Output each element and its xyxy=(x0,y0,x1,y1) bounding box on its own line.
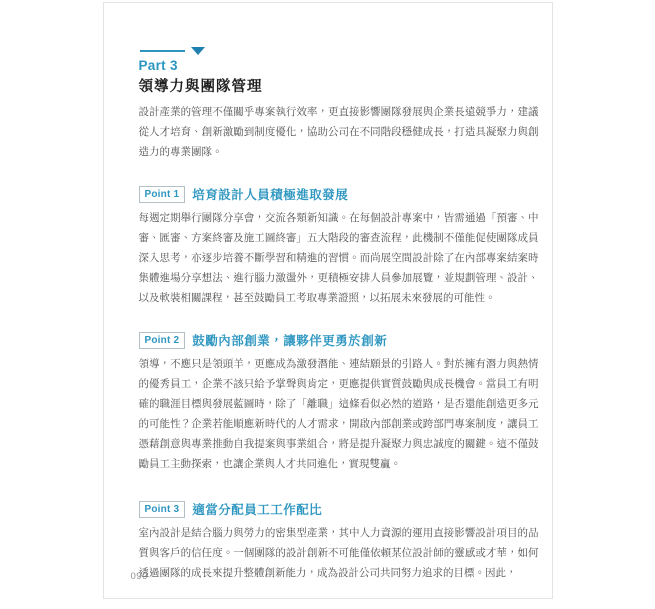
part-header: Part 3 領導力與團隊管理 設計產業的管理不僅關乎專案執行效率，更直接影響團… xyxy=(139,47,539,162)
point-section-1: Point 1 培育設計人員積極進取發展 每週定期舉行團隊分享會，交流各類新知識… xyxy=(139,186,539,308)
point-section-2: Point 2 鼓勵內部創業，讓夥伴更勇於創新 領導，不應只是領頭羊，更應成為激… xyxy=(139,332,539,474)
point-section-3: Point 3 適當分配員工工作配比 室內設計是結合腦力與勞力的密集型產業，其中… xyxy=(139,501,539,583)
point-3-paragraph: 室內設計是結合腦力與勞力的密集型產業，其中人力資源的運用直接影響設計項目的品質與… xyxy=(139,523,539,583)
book-page: Part 3 領導力與團隊管理 設計產業的管理不僅關乎專案執行效率，更直接影響團… xyxy=(103,2,553,599)
point-2-header: Point 2 鼓勵內部創業，讓夥伴更勇於創新 xyxy=(139,332,539,349)
point-1-title: 培育設計人員積極進取發展 xyxy=(192,187,348,203)
point-2-badge: Point 2 xyxy=(139,332,186,349)
point-3-badge: Point 3 xyxy=(139,501,186,518)
point-2-paragraph: 領導，不應只是領頭羊，更應成為激發潛能、連結願景的引路人。對於擁有潛力與熱情的優… xyxy=(139,354,539,474)
point-1-paragraph: 每週定期舉行團隊分享會，交流各類新知識。在每個設計專案中，皆需通過「預審、中審、… xyxy=(139,208,539,308)
point-3-title: 適當分配員工工作配比 xyxy=(192,502,322,518)
part-arrow-down-icon xyxy=(191,47,205,55)
part-label: Part 3 xyxy=(139,58,539,74)
point-1-header: Point 1 培育設計人員積極進取發展 xyxy=(139,186,539,203)
point-3-header: Point 3 適當分配員工工作配比 xyxy=(139,501,539,518)
part-marker-line xyxy=(140,50,185,52)
part-intro-paragraph: 設計產業的管理不僅關乎專案執行效率，更直接影響團隊發展與企業長遠競爭力，建議從人… xyxy=(139,102,539,162)
page-number: 090 xyxy=(131,571,148,582)
part-marker xyxy=(139,47,209,55)
point-2-title: 鼓勵內部創業，讓夥伴更勇於創新 xyxy=(192,333,387,349)
point-1-badge: Point 1 xyxy=(139,186,186,203)
part-title: 領導力與團隊管理 xyxy=(139,79,539,96)
